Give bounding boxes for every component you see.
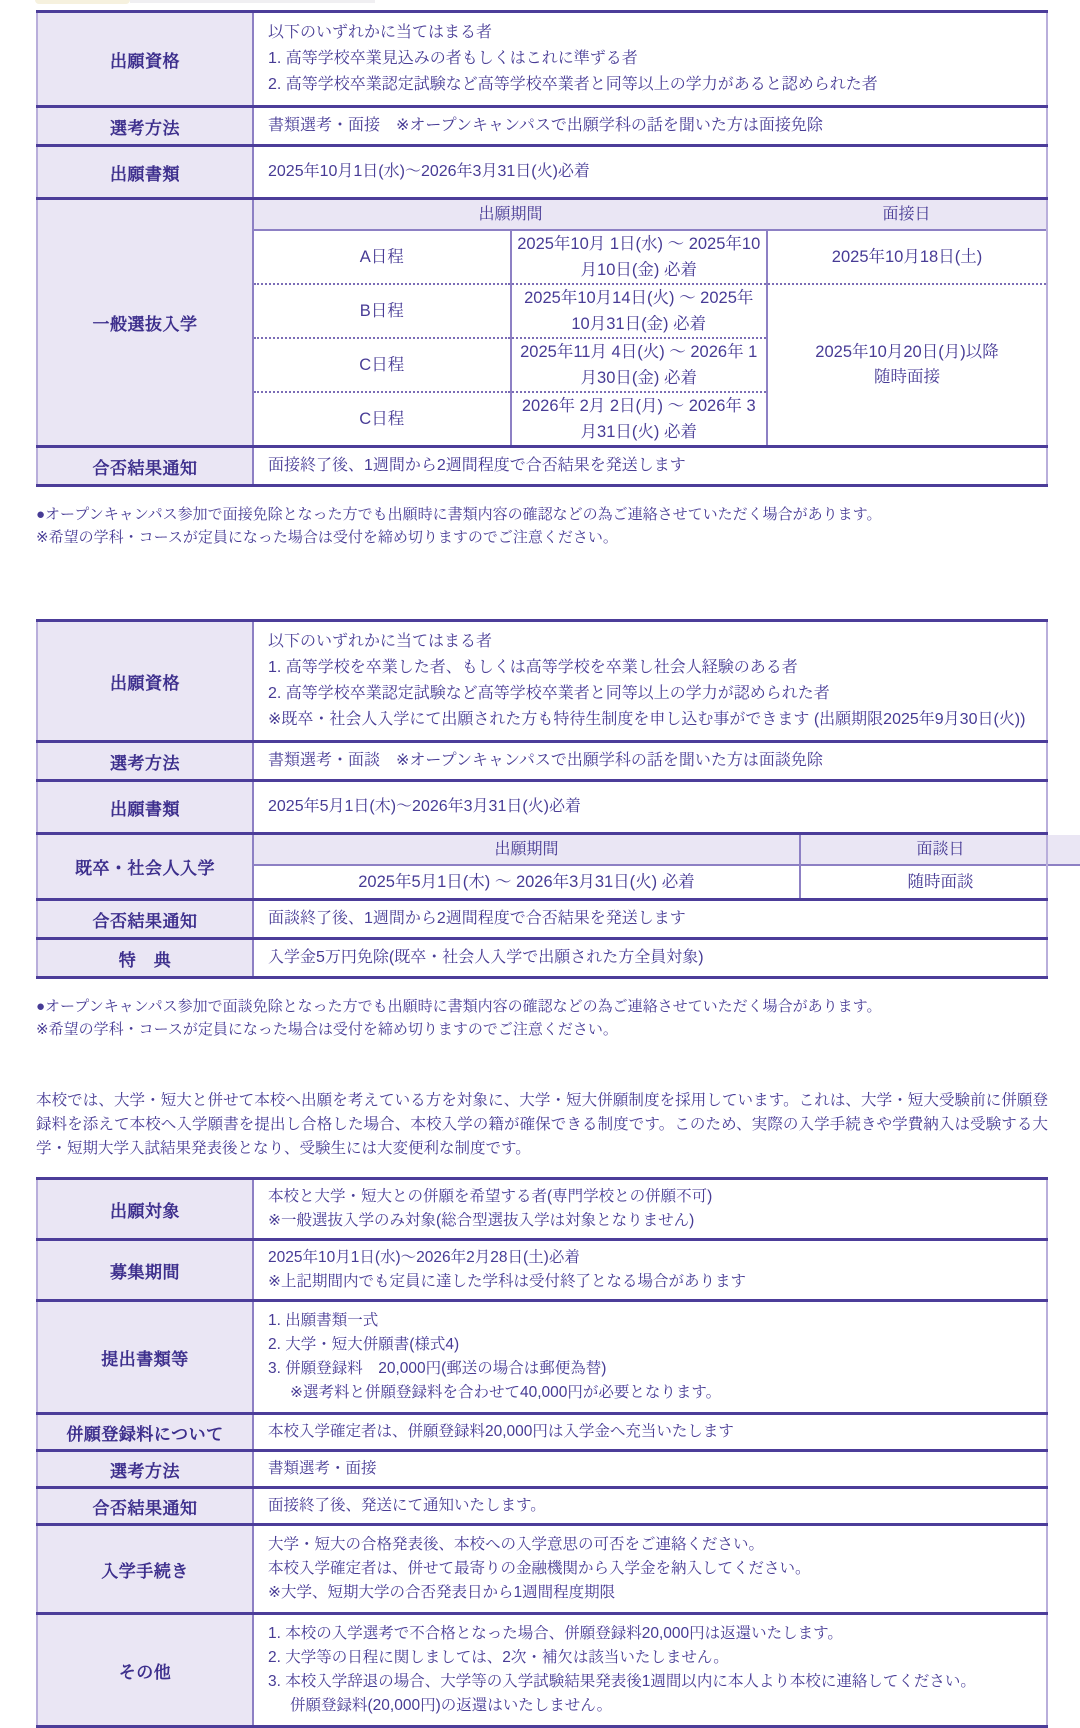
concurrent-table: 出願対象 本校と大学・短大との併願を希望する者(専門学校との併願不可) ※一般選… xyxy=(36,1177,1048,1728)
row-text-line: 2025年5月1日(木)～2026年3月31日(火)必着 xyxy=(268,794,1038,820)
schedule-period: 2025年10月 1日(水) ～ 2025年10月10日(金) 必着 xyxy=(511,230,768,284)
row-text-line: 2. 大学・短大併願書(様式4) xyxy=(268,1333,1038,1357)
schedule-interview: 随時面談 xyxy=(800,865,1080,898)
row-text-line: ※大学、短期大学の合否発表日から1週間程度期限 xyxy=(268,1581,1038,1605)
table-row: 選考方法 書類選考・面接 ※オープンキャンパスで出願学科の話を聞いた方は面接免除 xyxy=(37,107,1047,146)
row-label: 出願対象 xyxy=(37,1179,253,1240)
schedule-cell: 出願期間 面接日 A日程 2025年10月 1日(水) ～ 2025年10月10… xyxy=(253,199,1047,447)
note-line: ●オープンキャンパス参加で面談免除となった方でも出願時に書類内容の確認などの為ご… xyxy=(36,995,1048,1018)
adult-admission-section: 出願資格 以下のいずれかに当てはまる者 1. 高等学校を卒業した者、もしくは高等… xyxy=(0,619,1080,1041)
row-text-line: 書類選考・面接 ※オープンキャンパスで出願学科の話を聞いた方は面接免除 xyxy=(268,113,1038,139)
schedule-period: 2025年11月 4日(火) ～ 2026年 1月30日(金) 必着 xyxy=(511,338,768,392)
row-text-line: 3. 本校入学辞退の場合、大学等の入学試験結果発表後1週間以内に本人より本校に連… xyxy=(268,1670,1038,1694)
cropped-top-banner xyxy=(0,0,1080,5)
table-row: 特 典 入学金5万円免除(既卒・社会人入学で出願された方全員対象) xyxy=(37,939,1047,978)
row-content: 1. 本校の入学選考で不合格となった場合、併願登録料20,000円は返還いたしま… xyxy=(253,1614,1047,1727)
table-row: 併願登録料について 本校入学確定者は、併願登録料20,000円は入学金へ充当いた… xyxy=(37,1414,1047,1451)
column-header-interview: 面接日 xyxy=(767,200,1046,230)
row-text-line: ※一般選抜入学のみ対象(総合型選抜入学は対象となりません) xyxy=(268,1209,1038,1233)
adult-schedule-table: 出願期間 面談日 2025年5月1日(木) ～ 2026年3月31日(火) 必着… xyxy=(254,835,1080,898)
schedule-name: B日程 xyxy=(254,284,511,338)
row-content: 大学・短大の合格発表後、本校への入学意思の可否をご連絡ください。 本校入学確定者… xyxy=(253,1525,1047,1614)
schedule-header-row: 出願期間 面談日 xyxy=(254,835,1080,865)
row-label: 選考方法 xyxy=(37,1451,253,1488)
row-text-line: 2. 高等学校卒業認定試験など高等学校卒業者と同等以上の学力があると認められた者 xyxy=(268,72,1038,98)
concurrent-section: 出願対象 本校と大学・短大との併願を希望する者(専門学校との併願不可) ※一般選… xyxy=(0,1177,1080,1728)
row-label: 入学手続き xyxy=(37,1525,253,1614)
schedule-row: 2025年5月1日(木) ～ 2026年3月31日(火) 必着 随時面談 xyxy=(254,865,1080,898)
table-row: 合否結果通知 面接終了後、1週間から2週間程度で合否結果を発送します xyxy=(37,447,1047,486)
row-content: 以下のいずれかに当てはまる者 1. 高等学校を卒業した者、もしくは高等学校を卒業… xyxy=(253,621,1047,742)
note-line: ※希望の学科・コースが定員になった場合は受付を締め切りますのでご注意ください。 xyxy=(36,1018,1048,1041)
row-text-line: 本校入学確定者は、併せて最寄りの金融機関から入学金を納入してください。 xyxy=(268,1557,1038,1581)
adult-notes: ●オープンキャンパス参加で面談免除となった方でも出願時に書類内容の確認などの為ご… xyxy=(36,995,1048,1041)
row-label: 選考方法 xyxy=(37,107,253,146)
general-selection-table: 出願資格 以下のいずれかに当てはまる者 1. 高等学校卒業見込みの者もしくはこれ… xyxy=(36,10,1048,487)
row-text-line: 2. 高等学校卒業認定試験など高等学校卒業者と同等以上の学力が認められた者 xyxy=(268,681,1038,707)
schedule-interview-line: 随時面接 xyxy=(772,365,1042,390)
general-schedule-table: 出願期間 面接日 A日程 2025年10月 1日(水) ～ 2025年10月10… xyxy=(254,200,1046,445)
schedule-name: C日程 xyxy=(254,338,511,392)
schedule-header-row: 出願期間 面接日 xyxy=(254,200,1046,230)
row-content: 書類選考・面談 ※オープンキャンパスで出願学科の話を聞いた方は面談免除 xyxy=(253,742,1047,781)
table-row: 選考方法 書類選考・面接 xyxy=(37,1451,1047,1488)
table-row: 合否結果通知 面接終了後、発送にて通知いたします。 xyxy=(37,1488,1047,1525)
schedule-cell: 出願期間 面談日 2025年5月1日(木) ～ 2026年3月31日(火) 必着… xyxy=(253,834,1047,900)
admissions-document: 出願資格 以下のいずれかに当てはまる者 1. 高等学校卒業見込みの者もしくはこれ… xyxy=(0,0,1080,1728)
row-text-line: 入学金5万円免除(既卒・社会人入学で出願された方全員対象) xyxy=(268,945,1038,971)
schedule-interview-merged: 2025年10月20日(月)以降 随時面接 xyxy=(767,284,1046,445)
table-row: 入学手続き 大学・短大の合格発表後、本校への入学意思の可否をご連絡ください。 本… xyxy=(37,1525,1047,1614)
row-text-line: 本校と大学・短大との併願を希望する者(専門学校との併願不可) xyxy=(268,1185,1038,1209)
row-text-line: 本校入学確定者は、併願登録料20,000円は入学金へ充当いたします xyxy=(268,1420,1038,1444)
row-text-line: 面接終了後、発送にて通知いたします。 xyxy=(268,1494,1038,1518)
row-text-line: 2025年10月1日(水)～2026年2月28日(土)必着 xyxy=(268,1246,1038,1270)
table-row: 合否結果通知 面談終了後、1週間から2週間程度で合否結果を発送します xyxy=(37,900,1047,939)
row-text-line: 併願登録料(20,000円)の返還はいたしません。 xyxy=(268,1694,1038,1718)
row-label: 出願資格 xyxy=(37,621,253,742)
row-text-line: ※選考料と併願登録料を合わせて40,000円が必要となります。 xyxy=(268,1381,1038,1405)
row-content: 本校と大学・短大との併願を希望する者(専門学校との併願不可) ※一般選抜入学のみ… xyxy=(253,1179,1047,1240)
row-content: 2025年5月1日(木)～2026年3月31日(火)必着 xyxy=(253,781,1047,834)
row-label: その他 xyxy=(37,1614,253,1727)
schedule-interview-line: 2025年10月20日(月)以降 xyxy=(772,340,1042,365)
row-content: 入学金5万円免除(既卒・社会人入学で出願された方全員対象) xyxy=(253,939,1047,978)
row-text-line: 1. 本校の入学選考で不合格となった場合、併願登録料20,000円は返還いたしま… xyxy=(268,1622,1038,1646)
column-header-interview: 面談日 xyxy=(800,835,1080,865)
column-header-period: 出願期間 xyxy=(254,200,767,230)
row-label: 既卒・社会人入学 xyxy=(37,834,253,900)
table-row: 出願資格 以下のいずれかに当てはまる者 1. 高等学校卒業見込みの者もしくはこれ… xyxy=(37,12,1047,107)
schedule-row: B日程 2025年10月14日(火) ～ 2025年10月31日(金) 必着 2… xyxy=(254,284,1046,338)
schedule-period: 2025年10月14日(火) ～ 2025年10月31日(金) 必着 xyxy=(511,284,768,338)
table-row-schedule: 既卒・社会人入学 出願期間 面談日 2025年5月1日(木) ～ 2026年3月… xyxy=(37,834,1047,900)
row-label: 募集期間 xyxy=(37,1240,253,1301)
row-label: 併願登録料について xyxy=(37,1414,253,1451)
schedule-name: C日程 xyxy=(254,392,511,445)
row-text-line: 以下のいずれかに当てはまる者 xyxy=(268,629,1038,655)
row-content: 2025年10月1日(水)～2026年2月28日(土)必着 ※上記期間内でも定員… xyxy=(253,1240,1047,1301)
row-content: 2025年10月1日(水)～2026年3月31日(火)必着 xyxy=(253,146,1047,199)
table-row: 出願書類 2025年10月1日(水)～2026年3月31日(火)必着 xyxy=(37,146,1047,199)
schedule-row: A日程 2025年10月 1日(水) ～ 2025年10月10日(金) 必着 2… xyxy=(254,230,1046,284)
row-label: 出願書類 xyxy=(37,146,253,199)
note-line: ●オープンキャンパス参加で面接免除となった方でも出願時に書類内容の確認などの為ご… xyxy=(36,503,1048,526)
row-content: 書類選考・面接 ※オープンキャンパスで出願学科の話を聞いた方は面接免除 xyxy=(253,107,1047,146)
table-row: 出願対象 本校と大学・短大との併願を希望する者(専門学校との併願不可) ※一般選… xyxy=(37,1179,1047,1240)
row-label: 合否結果通知 xyxy=(37,447,253,486)
cropped-banner-fragment xyxy=(130,0,375,3)
cropped-banner-fragment xyxy=(35,0,130,4)
row-content: 1. 出願書類一式 2. 大学・短大併願書(様式4) 3. 併願登録料 20,0… xyxy=(253,1301,1047,1414)
row-text-line: 書類選考・面接 xyxy=(268,1457,1038,1481)
table-row-schedule: 一般選抜入学 出願期間 面接日 A日程 2025年10月 1日(水) ～ 2 xyxy=(37,199,1047,447)
column-header-period: 出願期間 xyxy=(254,835,800,865)
adult-admission-table: 出願資格 以下のいずれかに当てはまる者 1. 高等学校を卒業した者、もしくは高等… xyxy=(36,619,1048,979)
row-text-line: ※上記期間内でも定員に達した学科は受付終了となる場合があります xyxy=(268,1270,1038,1294)
row-label: 提出書類等 xyxy=(37,1301,253,1414)
row-label: 合否結果通知 xyxy=(37,1488,253,1525)
table-row: 募集期間 2025年10月1日(水)～2026年2月28日(土)必着 ※上記期間… xyxy=(37,1240,1047,1301)
row-text-line: 以下のいずれかに当てはまる者 xyxy=(268,20,1038,46)
row-text-line: 1. 出願書類一式 xyxy=(268,1309,1038,1333)
row-content: 面接終了後、発送にて通知いたします。 xyxy=(253,1488,1047,1525)
row-content: 以下のいずれかに当てはまる者 1. 高等学校卒業見込みの者もしくはこれに準ずる者… xyxy=(253,12,1047,107)
row-text-line: 1. 高等学校を卒業した者、もしくは高等学校を卒業し社会人経験のある者 xyxy=(268,655,1038,681)
row-text-line: 3. 併願登録料 20,000円(郵送の場合は郵便為替) xyxy=(268,1357,1038,1381)
table-row: 提出書類等 1. 出願書類一式 2. 大学・短大併願書(様式4) 3. 併願登録… xyxy=(37,1301,1047,1414)
table-row: 選考方法 書類選考・面談 ※オープンキャンパスで出願学科の話を聞いた方は面談免除 xyxy=(37,742,1047,781)
row-content: 面談終了後、1週間から2週間程度で合否結果を発送します xyxy=(253,900,1047,939)
row-label: 合否結果通知 xyxy=(37,900,253,939)
general-notes: ●オープンキャンパス参加で面接免除となった方でも出願時に書類内容の確認などの為ご… xyxy=(36,503,1048,549)
table-row: その他 1. 本校の入学選考で不合格となった場合、併願登録料20,000円は返還… xyxy=(37,1614,1047,1727)
row-text-line: 2. 大学等の日程に関しましては、2次・補欠は該当いたしません。 xyxy=(268,1646,1038,1670)
schedule-period: 2025年5月1日(木) ～ 2026年3月31日(火) 必着 xyxy=(254,865,800,898)
row-label: 出願書類 xyxy=(37,781,253,834)
row-text-line: 大学・短大の合格発表後、本校への入学意思の可否をご連絡ください。 xyxy=(268,1533,1038,1557)
row-label: 出願資格 xyxy=(37,12,253,107)
row-content: 面接終了後、1週間から2週間程度で合否結果を発送します xyxy=(253,447,1047,486)
note-line: ※希望の学科・コースが定員になった場合は受付を締め切りますのでご注意ください。 xyxy=(36,526,1048,549)
row-text-line: 書類選考・面談 ※オープンキャンパスで出願学科の話を聞いた方は面談免除 xyxy=(268,748,1038,774)
schedule-name: A日程 xyxy=(254,230,511,284)
row-text-line: ※既卒・社会人入学にて出願された方も特待生制度を申し込む事ができます (出願期限… xyxy=(268,707,1038,733)
general-selection-section: 出願資格 以下のいずれかに当てはまる者 1. 高等学校卒業見込みの者もしくはこれ… xyxy=(0,0,1080,549)
row-label: 一般選抜入学 xyxy=(37,199,253,447)
row-text-line: 面接終了後、1週間から2週間程度で合否結果を発送します xyxy=(268,453,1038,479)
row-label: 特 典 xyxy=(37,939,253,978)
row-text-line: 1. 高等学校卒業見込みの者もしくはこれに準ずる者 xyxy=(268,46,1038,72)
schedule-interview: 2025年10月18日(土) xyxy=(767,230,1046,284)
concurrent-intro-paragraph: 本校では、大学・短大と併せて本校へ出願を考えている方を対象に、大学・短大併願制度… xyxy=(36,1089,1048,1161)
table-row: 出願資格 以下のいずれかに当てはまる者 1. 高等学校を卒業した者、もしくは高等… xyxy=(37,621,1047,742)
row-content: 書類選考・面接 xyxy=(253,1451,1047,1488)
schedule-period: 2026年 2月 2日(月) ～ 2026年 3月31日(火) 必着 xyxy=(511,392,768,445)
row-text-line: 2025年10月1日(水)～2026年3月31日(火)必着 xyxy=(268,159,1038,185)
row-label: 選考方法 xyxy=(37,742,253,781)
table-row: 出願書類 2025年5月1日(木)～2026年3月31日(火)必着 xyxy=(37,781,1047,834)
row-content: 本校入学確定者は、併願登録料20,000円は入学金へ充当いたします xyxy=(253,1414,1047,1451)
row-text-line: 面談終了後、1週間から2週間程度で合否結果を発送します xyxy=(268,906,1038,932)
